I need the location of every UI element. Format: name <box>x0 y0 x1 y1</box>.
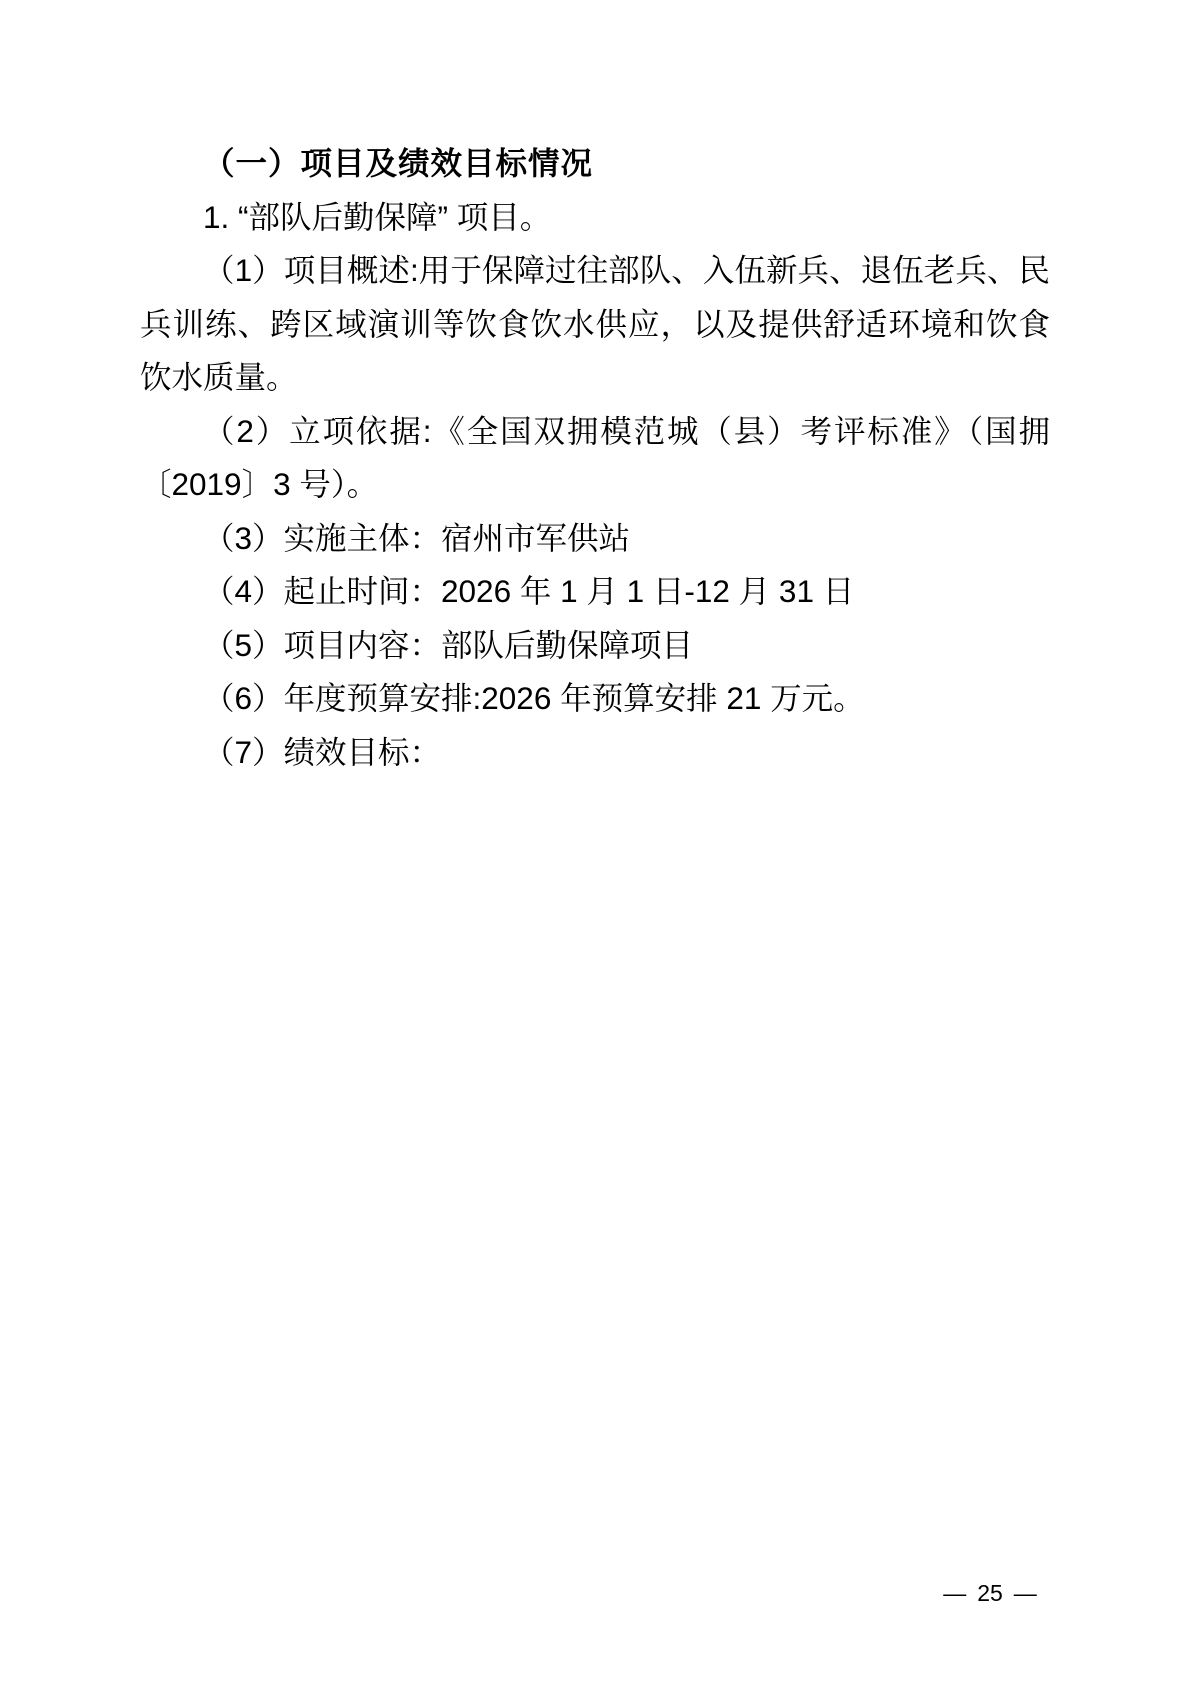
paragraph-project-content: （5）项目内容：部队后勤保障项目 <box>140 619 1050 673</box>
paragraph-start-end-time: （4）起止时间：2026 年 1 月 1 日-12 月 31 日 <box>140 565 1050 619</box>
page-number: 25 <box>977 1578 1003 1608</box>
paragraph-project-name: 1. “部队后勤保障” 项目。 <box>140 191 1050 245</box>
paragraph-project-basis: （2）立项依据:《全国双拥模范城（县）考评标准》（国拥〔2019〕3 号）。 <box>140 405 1050 512</box>
paragraph-project-overview: （1）项目概述:用于保障过往部队、入伍新兵、退伍老兵、民兵训练、跨区域演训等饮食… <box>140 244 1050 405</box>
document-body: （一）项目及绩效目标情况 1. “部队后勤保障” 项目。 （1）项目概述:用于保… <box>140 137 1050 779</box>
paragraph-annual-budget: （6）年度预算安排:2026 年预算安排 21 万元。 <box>140 672 1050 726</box>
paragraph-performance-goal: （7）绩效目标： <box>140 726 1050 780</box>
document-page: （一）项目及绩效目标情况 1. “部队后勤保障” 项目。 （1）项目概述:用于保… <box>0 0 1190 1683</box>
footer-left-dash: — <box>943 1578 966 1608</box>
page-footer: —25— <box>925 1578 1055 1608</box>
paragraph-implementing-entity: （3）实施主体：宿州市军供站 <box>140 512 1050 566</box>
section-heading: （一）项目及绩效目标情况 <box>140 137 1050 191</box>
footer-right-dash: — <box>1014 1578 1037 1608</box>
